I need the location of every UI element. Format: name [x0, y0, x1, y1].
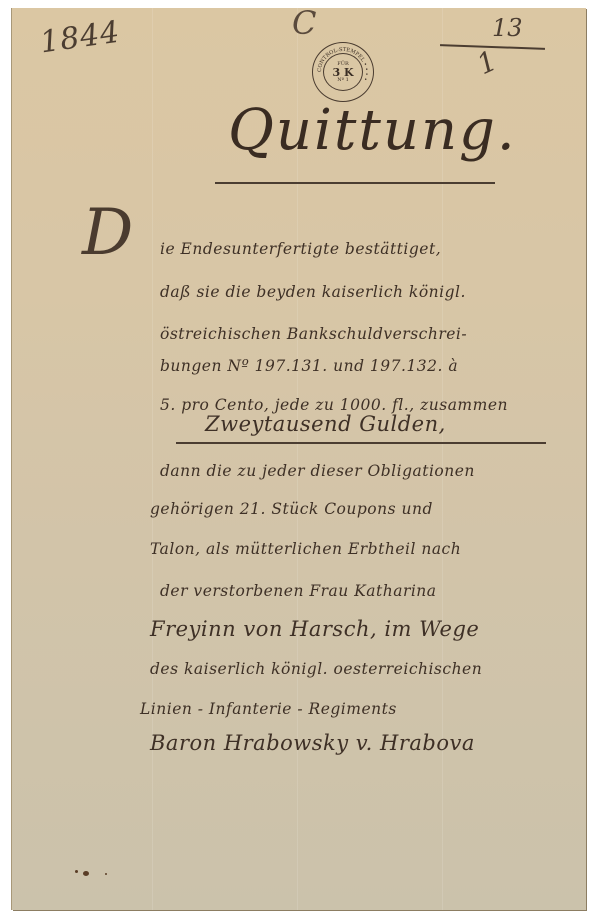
body-line: östreichischen Bankschuldverschrei-	[160, 325, 467, 343]
body-line: dann die zu jeder dieser Obligationen	[160, 462, 475, 480]
amount-underline	[176, 442, 546, 444]
control-stamp: CONTROL-STEMPEL • • • • FÜR 3 K Nº 1	[312, 42, 374, 102]
body-line: Linien - Infanterie - Regiments	[140, 700, 397, 718]
svg-text:CONTROL-STEMPEL • • • •: CONTROL-STEMPEL • • • •	[317, 47, 369, 81]
body-line: daß sie die beyden kaiserlich königl.	[160, 283, 466, 301]
body-line: gehörigen 21. Stück Coupons und	[150, 500, 433, 518]
fold-line	[152, 8, 153, 910]
corner-mark: C	[292, 4, 316, 42]
body-line: bungen Nº 197.131. und 197.132. à	[160, 357, 458, 375]
body-line: Freyinn von Harsch, im Wege	[150, 617, 479, 641]
title-underline	[215, 182, 495, 184]
body-line: des kaiserlich königl. oesterreichischen	[150, 660, 482, 678]
body-line: Baron Hrabowsky v. Hrabova	[150, 731, 475, 755]
document-title: Quittung.	[228, 98, 517, 163]
body-line: ie Endesunterfertigte bestättiget,	[160, 240, 441, 258]
folio-numerator: 13	[492, 14, 523, 42]
stamp-ring-icon: CONTROL-STEMPEL • • • •	[313, 43, 373, 101]
body-line: der verstorbenen Frau Katharina	[160, 582, 437, 600]
decorative-initial: D	[82, 196, 133, 270]
body-line-amount: Zweytausend Gulden,	[205, 412, 446, 436]
body-line: Talon, als mütterlichen Erbtheil nach	[150, 540, 461, 558]
